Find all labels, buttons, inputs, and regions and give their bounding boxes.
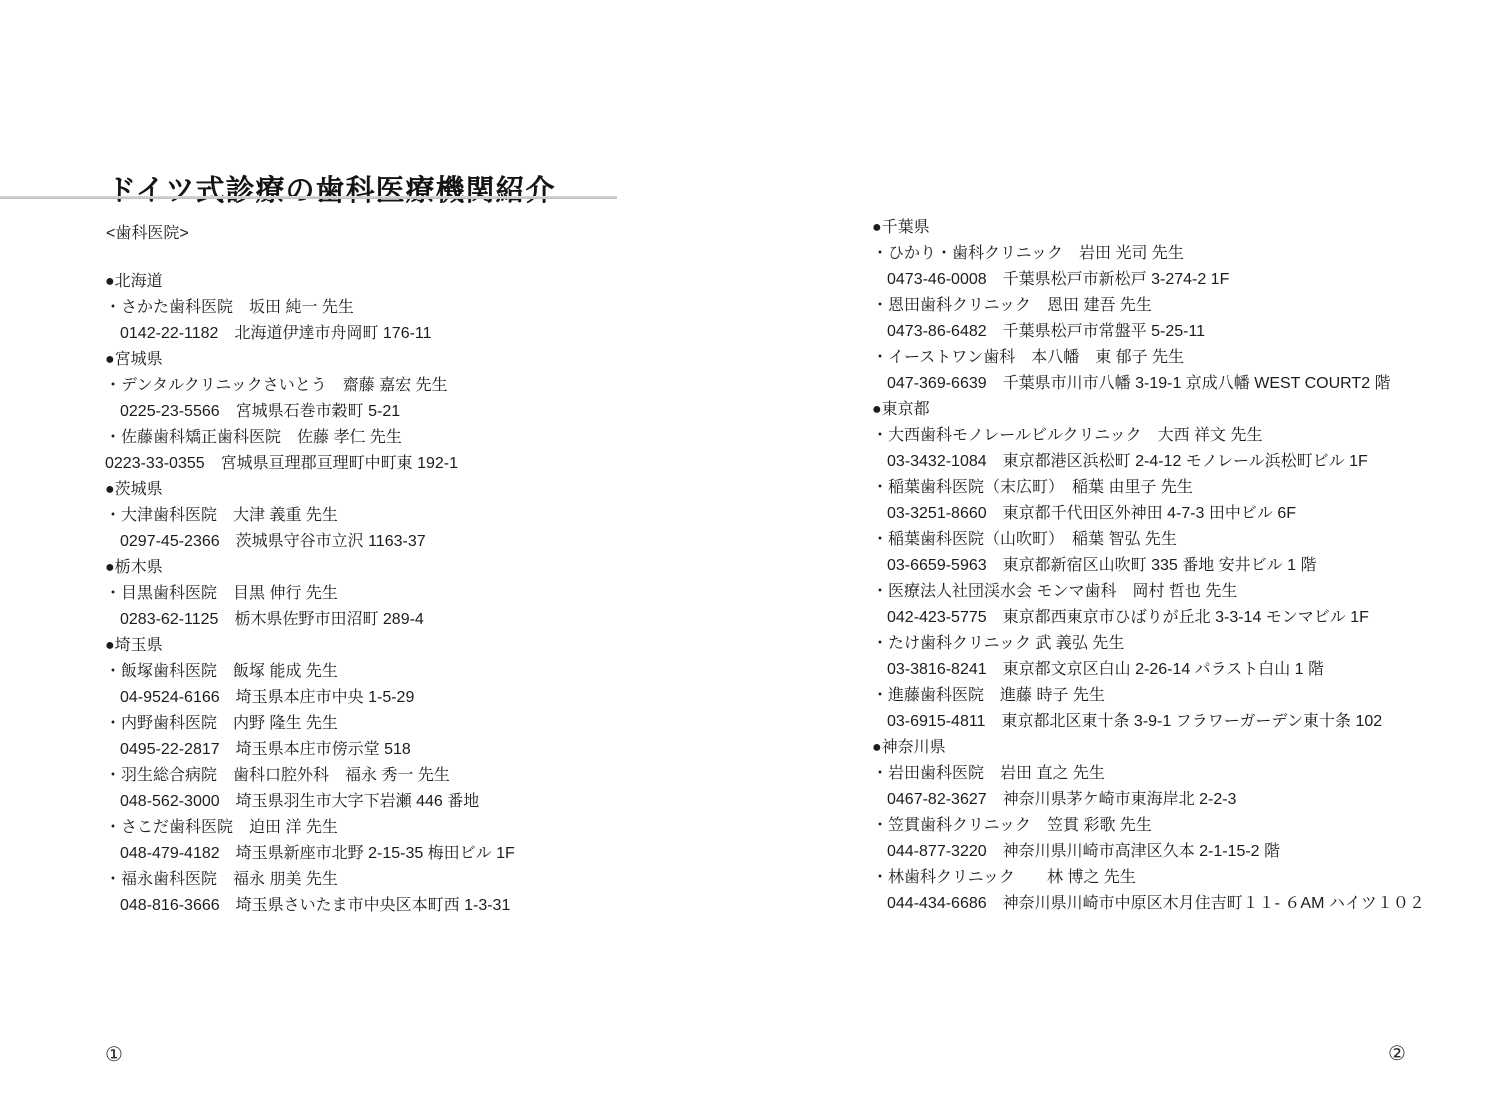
prefecture-header: ●茨城県 — [105, 477, 765, 503]
contact-line: 0225-23-5566 宮城県石巻市穀町 5-21 — [105, 399, 765, 425]
contact-line: 04-9524-6166 埼玉県本庄市中央 1-5-29 — [105, 685, 765, 711]
clinic-line: ・デンタルクリニックさいとう 齋藤 嘉宏 先生 — [105, 373, 765, 399]
clinic-line: ・羽生総合病院 歯科口腔外科 福永 秀一 先生 — [105, 763, 765, 789]
contact-line: 0495-22-2817 埼玉県本庄市傍示堂 518 — [105, 737, 765, 763]
clinic-line: ・稲葉歯科医院（末広町） 稲葉 由里子 先生 — [872, 475, 1492, 501]
clinic-line: ・林歯科クリニック 林 博之 先生 — [872, 865, 1492, 891]
contact-line: 042-423-5775 東京都西東京市ひばりが丘北 3-3-14 モンマビル … — [872, 605, 1492, 631]
contact-line: 03-6915-4811 東京都北区東十条 3-9-1 フラワーガーデン東十条 … — [872, 709, 1492, 735]
page-title: ドイツ式診療の歯科医療機関紹介 — [107, 168, 556, 209]
clinic-line: ・大津歯科医院 大津 義重 先生 — [105, 503, 765, 529]
prefecture-header: ●北海道 — [105, 269, 765, 295]
contact-line: 044-877-3220 神奈川県川崎市高津区久本 2-1-15-2 階 — [872, 839, 1492, 865]
clinic-line: ・大西歯科モノレールビルクリニック 大西 祥文 先生 — [872, 423, 1492, 449]
clinic-line: ・稲葉歯科医院（山吹町） 稲葉 智弘 先生 — [872, 527, 1492, 553]
prefecture-header: ●埼玉県 — [105, 633, 765, 659]
prefecture-header: ●栃木県 — [105, 555, 765, 581]
clinic-line: ・笠貫歯科クリニック 笠貫 彩歌 先生 — [872, 813, 1492, 839]
contact-line: 048-479-4182 埼玉県新座市北野 2-15-35 梅田ビル 1F — [105, 841, 765, 867]
page-number-right: ② — [1388, 1041, 1406, 1066]
section-label-dental-clinics: <歯科医院> — [106, 220, 189, 243]
left-column: ●北海道・さかた歯科医院 坂田 純一 先生0142-22-1182 北海道伊達市… — [105, 269, 765, 919]
document-page: ドイツ式診療の歯科医療機関紹介 <歯科医院> ●北海道・さかた歯科医院 坂田 純… — [0, 0, 1512, 1110]
prefecture-header: ●宮城県 — [105, 347, 765, 373]
contact-line: 03-6659-5963 東京都新宿区山吹町 335 番地 安井ビル 1 階 — [872, 553, 1492, 579]
clinic-line: ・進藤歯科医院 進藤 時子 先生 — [872, 683, 1492, 709]
clinic-line: ・イーストワン歯科 本八幡 東 郁子 先生 — [872, 345, 1492, 371]
contact-line: 0473-46-0008 千葉県松戸市新松戸 3-274-2 1F — [872, 267, 1492, 293]
clinic-line: ・さこだ歯科医院 迫田 洋 先生 — [105, 815, 765, 841]
contact-line: 048-816-3666 埼玉県さいたま市中央区本町西 1-3-31 — [105, 893, 765, 919]
clinic-line: ・目黒歯科医院 目黒 伸行 先生 — [105, 581, 765, 607]
clinic-line: ・たけ歯科クリニック 武 義弘 先生 — [872, 631, 1492, 657]
contact-line: 048-562-3000 埼玉県羽生市大字下岩瀬 446 番地 — [105, 789, 765, 815]
page-number-left: ① — [105, 1042, 123, 1067]
clinic-line: ・佐藤歯科矯正歯科医院 佐藤 孝仁 先生 — [105, 425, 765, 451]
clinic-line: ・医療法人社団渓水会 モンマ歯科 岡村 哲也 先生 — [872, 579, 1492, 605]
contact-line: 0283-62-1125 栃木県佐野市田沼町 289-4 — [105, 607, 765, 633]
clinic-line: ・飯塚歯科医院 飯塚 能成 先生 — [105, 659, 765, 685]
prefecture-header: ●神奈川県 — [872, 735, 1492, 761]
clinic-line: ・岩田歯科医院 岩田 直之 先生 — [872, 761, 1492, 787]
clinic-line: ・恩田歯科クリニック 恩田 建吾 先生 — [872, 293, 1492, 319]
clinic-line: ・さかた歯科医院 坂田 純一 先生 — [105, 295, 765, 321]
contact-line: 0142-22-1182 北海道伊達市舟岡町 176-11 — [105, 321, 765, 347]
title-underline-rule — [0, 196, 617, 199]
prefecture-header: ●千葉県 — [872, 215, 1492, 241]
clinic-line: ・福永歯科医院 福永 朋美 先生 — [105, 867, 765, 893]
contact-line: 03-3251-8660 東京都千代田区外神田 4-7-3 田中ビル 6F — [872, 501, 1492, 527]
clinic-line: ・ひかり・歯科クリニック 岩田 光司 先生 — [872, 241, 1492, 267]
right-column: ●千葉県・ひかり・歯科クリニック 岩田 光司 先生0473-46-0008 千葉… — [872, 215, 1492, 917]
contact-line: 044-434-6686 神奈川県川崎市中原区木月住吉町１１- ６AM ハイツ１… — [872, 891, 1492, 917]
contact-line: 03-3816-8241 東京都文京区白山 2-26-14 パラスト白山 1 階 — [872, 657, 1492, 683]
contact-line: 0473-86-6482 千葉県松戸市常盤平 5-25-11 — [872, 319, 1492, 345]
contact-line: 0297-45-2366 茨城県守谷市立沢 1163-37 — [105, 529, 765, 555]
prefecture-header: ●東京都 — [872, 397, 1492, 423]
contact-line: 047-369-6639 千葉県市川市八幡 3-19-1 京成八幡 WEST C… — [872, 371, 1492, 397]
clinic-line: ・内野歯科医院 内野 隆生 先生 — [105, 711, 765, 737]
contact-line: 0223-33-0355 宮城県亘理郡亘理町中町東 192-1 — [105, 451, 765, 477]
contact-line: 0467-82-3627 神奈川県茅ケ崎市東海岸北 2-2-3 — [872, 787, 1492, 813]
contact-line: 03-3432-1084 東京都港区浜松町 2-4-12 モノレール浜松町ビル … — [872, 449, 1492, 475]
